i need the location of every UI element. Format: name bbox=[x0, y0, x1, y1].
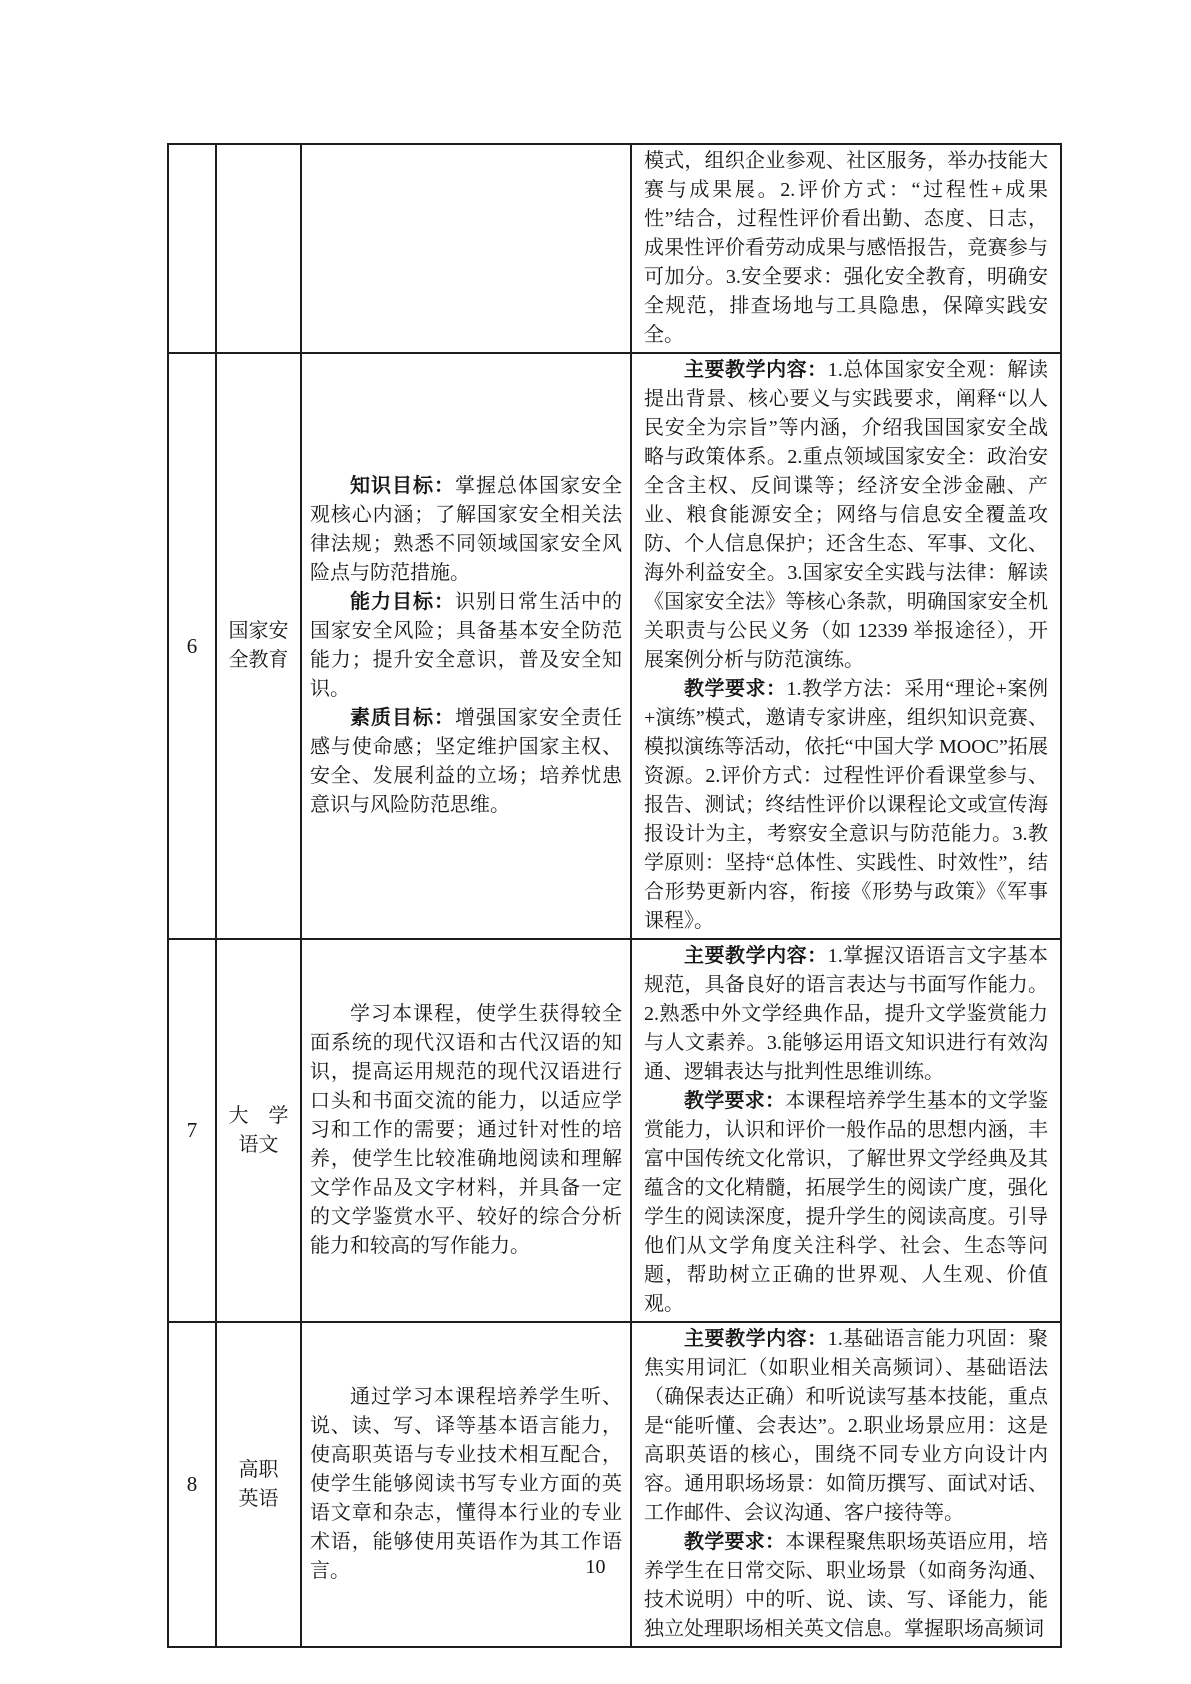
course-name-line: 国家安 bbox=[223, 617, 294, 646]
course-name-line: 高职 bbox=[223, 1456, 294, 1485]
course-name-line: 全教育 bbox=[223, 646, 294, 675]
course-name-cell: 高职 英语 bbox=[216, 1322, 301, 1647]
table-row: 8 高职 英语 通过学习本课程培养学生听、说、读、写、译等基本语言能力，使高职英… bbox=[168, 1322, 1061, 1647]
course-name-cell: 大 学 语文 bbox=[216, 939, 301, 1322]
course-name-line: 英语 bbox=[223, 1485, 294, 1514]
course-name-line: 大 学 bbox=[223, 1102, 294, 1131]
objective-paragraph: 知识目标：掌握总体国家安全观核心内涵；了解国家安全相关法律法规；熟悉不同领域国家… bbox=[310, 472, 622, 588]
content-paragraph: 教学要求：本课程聚焦职场英语应用，培养学生在日常交际、职业场景（如商务沟通、技术… bbox=[644, 1528, 1048, 1644]
content-label: 主要教学内容： bbox=[684, 359, 828, 381]
course-name-cell: 国家安 全教育 bbox=[216, 353, 301, 939]
course-name-cell bbox=[216, 144, 301, 353]
row-number-cell: 6 bbox=[168, 353, 216, 939]
table-row: 7 大 学 语文 学习本课程，使学生获得较全面系统的现代汉语和古代汉语的知识，提… bbox=[168, 939, 1061, 1322]
row-number-cell bbox=[168, 144, 216, 353]
row-number: 6 bbox=[187, 634, 198, 658]
content-paragraph: 教学要求：1.教学方法：采用“理论+案例+演练”模式，邀请专家讲座，组织知识竞赛… bbox=[644, 675, 1048, 936]
objective-label: 能力目标： bbox=[350, 591, 455, 613]
content-cell: 主要教学内容：1.掌握汉语语言文字基本规范，具备良好的语言表达与书面写作能力。2… bbox=[631, 939, 1061, 1322]
objective-label: 知识目标： bbox=[350, 475, 455, 497]
content-paragraph: 教学要求：本课程培养学生基本的文学鉴赏能力，认识和评价一般作品的思想内涵，丰富中… bbox=[644, 1087, 1048, 1319]
row-number: 8 bbox=[187, 1472, 198, 1496]
objectives-cell: 学习本课程，使学生获得较全面系统的现代汉语和古代汉语的知识，提高运用规范的现代汉… bbox=[301, 939, 631, 1322]
table-row: 6 国家安 全教育 知识目标：掌握总体国家安全观核心内涵；了解国家安全相关法律法… bbox=[168, 353, 1061, 939]
objectives-cell: 通过学习本课程培养学生听、说、读、写、译等基本语言能力，使高职英语与专业技术相互… bbox=[301, 1322, 631, 1647]
paragraph-text: 模式，组织企业参观、社区服务，举办技能大赛与成果展。2.评价方式：“过程性+成果… bbox=[644, 150, 1048, 346]
row-number-cell: 7 bbox=[168, 939, 216, 1322]
content-text: 1.教学方法：采用“理论+案例+演练”模式，邀请专家讲座，组织知识竞赛、模拟演练… bbox=[644, 678, 1048, 932]
content-label: 主要教学内容： bbox=[684, 945, 828, 967]
objective-label: 素质目标： bbox=[350, 707, 455, 729]
objectives-cell bbox=[301, 144, 631, 353]
content-paragraph: 主要教学内容：1.掌握汉语语言文字基本规范，具备良好的语言表达与书面写作能力。2… bbox=[644, 942, 1048, 1087]
objective-paragraph: 学习本课程，使学生获得较全面系统的现代汉语和古代汉语的知识，提高运用规范的现代汉… bbox=[310, 1000, 622, 1261]
content-label: 主要教学内容： bbox=[684, 1328, 828, 1350]
course-table: 模式，组织企业参观、社区服务，举办技能大赛与成果展。2.评价方式：“过程性+成果… bbox=[167, 143, 1062, 1648]
objective-text: 学习本课程，使学生获得较全面系统的现代汉语和古代汉语的知识，提高运用规范的现代汉… bbox=[310, 1003, 622, 1257]
content-text: 1.总体国家安全观：解读提出背景、核心要义与实践要求，阐释“以人民安全为宗旨”等… bbox=[644, 359, 1048, 671]
content-cell: 主要教学内容：1.基础语言能力巩固：聚焦实用词汇（如职业相关高频词）、基础语法（… bbox=[631, 1322, 1061, 1647]
row-number: 7 bbox=[187, 1118, 198, 1142]
content-text: 1.基础语言能力巩固：聚焦实用词汇（如职业相关高频词）、基础语法（确保表达正确）… bbox=[644, 1328, 1048, 1524]
content-paragraph: 主要教学内容：1.总体国家安全观：解读提出背景、核心要义与实践要求，阐释“以人民… bbox=[644, 356, 1048, 675]
content-text: 本课程培养学生基本的文学鉴赏能力，认识和评价一般作品的思想内涵，丰富中国传统文化… bbox=[644, 1090, 1048, 1315]
content-cell: 模式，组织企业参观、社区服务，举办技能大赛与成果展。2.评价方式：“过程性+成果… bbox=[631, 144, 1061, 353]
objectives-cell: 知识目标：掌握总体国家安全观核心内涵；了解国家安全相关法律法规；熟悉不同领域国家… bbox=[301, 353, 631, 939]
content-label: 教学要求： bbox=[684, 1531, 785, 1553]
row-number-cell: 8 bbox=[168, 1322, 216, 1647]
content-cell: 主要教学内容：1.总体国家安全观：解读提出背景、核心要义与实践要求，阐释“以人民… bbox=[631, 353, 1061, 939]
document-page: 模式，组织企业参观、社区服务，举办技能大赛与成果展。2.评价方式：“过程性+成果… bbox=[0, 0, 1191, 1684]
content-label: 教学要求： bbox=[684, 1090, 785, 1112]
page-number: 10 bbox=[0, 1556, 1191, 1579]
objective-paragraph: 素质目标：增强国家安全责任感与使命感；坚定维护国家主权、安全、发展利益的立场；培… bbox=[310, 704, 622, 820]
content-paragraph: 主要教学内容：1.基础语言能力巩固：聚焦实用词汇（如职业相关高频词）、基础语法（… bbox=[644, 1325, 1048, 1528]
course-name-line: 语文 bbox=[223, 1131, 294, 1160]
table-row-carryover: 模式，组织企业参观、社区服务，举办技能大赛与成果展。2.评价方式：“过程性+成果… bbox=[168, 144, 1061, 353]
objective-text: 通过学习本课程培养学生听、说、读、写、译等基本语言能力，使高职英语与专业技术相互… bbox=[310, 1386, 622, 1582]
content-paragraph: 模式，组织企业参观、社区服务，举办技能大赛与成果展。2.评价方式：“过程性+成果… bbox=[644, 147, 1048, 350]
content-label: 教学要求： bbox=[684, 678, 786, 700]
objective-paragraph: 能力目标：识别日常生活中的国家安全风险；具备基本安全防范能力；提升安全意识，普及… bbox=[310, 588, 622, 704]
